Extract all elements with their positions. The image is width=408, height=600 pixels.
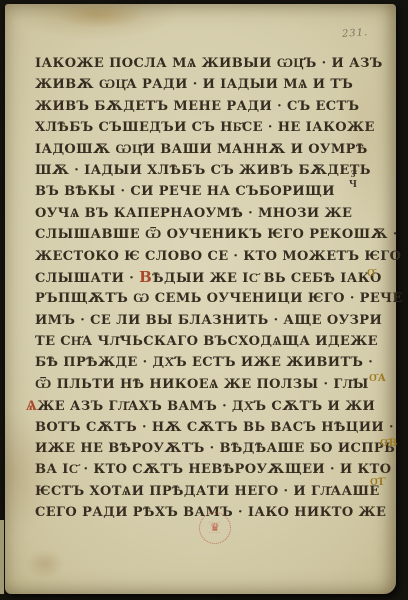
stamp-ring-dots: ····· — [209, 531, 222, 535]
text-line: слышавше ѿ оученикъ ѥго рекошѫ · — [35, 224, 383, 245]
red-initial: В — [139, 268, 152, 286]
section-number: о҃в — [380, 438, 398, 449]
text-line: живѫ ѡц҃а ради · и іадыи мѧ и тъ — [35, 74, 383, 95]
text-line: въ вѣкы · Си рече на съборищи — [35, 181, 383, 202]
text-line: шѫ · іадыи хлѣбъ съ живъ бѫдеть — [35, 160, 383, 181]
text-line: Ѧже азъ гл҃ахъ вамъ · дх҃ъ сѫтъ и жи — [35, 395, 383, 416]
section-number: о҃а — [369, 373, 387, 384]
stamp-emblem: ····· ♛ ····· — [209, 521, 222, 535]
text-line: ръпщѫтъ ѡ семь оученици ѥго · рече — [35, 288, 383, 309]
section-number: о҃ — [367, 268, 376, 279]
text-line: иже не вѣроуѫтъ · вѣдѣаше бо испрь — [35, 438, 383, 459]
text-line: хлѣбъ съшедъи съ нб҃се · не іакоже — [35, 117, 383, 138]
under-leaf-edge — [0, 520, 4, 594]
text-line: ва іс҃ · кто сѫтъ невѣроуѫщеи · и кто — [35, 459, 383, 480]
zachalo-bottom: ч — [345, 180, 361, 190]
folio-number: 231. — [342, 27, 369, 40]
parchment-page: 231. іакоже посла мѧ живыи ѡц҃ъ · и азъж… — [5, 4, 396, 594]
text-line: іакоже посла мѧ живыи ѡц҃ъ · и азъ — [35, 53, 383, 74]
library-stamp: ····· ♛ ····· — [199, 512, 231, 544]
text-line: имъ · се ли вы блазнить · аще оузри — [35, 310, 383, 331]
text-line: оучѧ въ капернаоумѣ · мнози же — [35, 203, 383, 224]
manuscript-photo: 231. іакоже посла мѧ живыи ѡц҃ъ · и азъж… — [0, 0, 408, 600]
text-line: жестоко ѥ слово се · кто можетъ ѥго — [35, 246, 383, 267]
text-line: живъ бѫдетъ мене ради · съ естъ — [35, 96, 383, 117]
text-block: іакоже посла мѧ живыи ѡц҃ъ · и азъживѫ ѡ… — [35, 53, 383, 524]
section-number: о҃г — [370, 477, 387, 488]
text-line: бѣ прѣжде · дх҃ъ естъ иже живитъ · — [35, 352, 383, 373]
text-line: те сн҃а чл҃чьскаго въсходѧща идеже — [35, 331, 383, 352]
text-line: слышати · Вѣдыи же іс҃ вь себѣ іако — [35, 267, 383, 288]
text-line: іадошѫ ѡц҃и ваши маннѫ и оумрѣ — [35, 139, 383, 160]
zachalo-lection-mark: з҃ ч — [345, 170, 361, 190]
text-line: ѿ пльти нѣ никоеѧ же ползы · гл҃ы — [35, 374, 383, 395]
text-line: ѥстъ хотѧи прѣдати него · И гл҃ааше — [35, 481, 383, 502]
parchment-stain — [25, 549, 65, 579]
zachalo-top: з҃ — [345, 170, 361, 180]
parchment-stain — [55, 2, 145, 28]
text-line: вотъ сѫтъ · нѫ сѫтъ вь васъ нѣции · — [35, 417, 383, 438]
red-initial: Ѧ — [26, 396, 37, 414]
